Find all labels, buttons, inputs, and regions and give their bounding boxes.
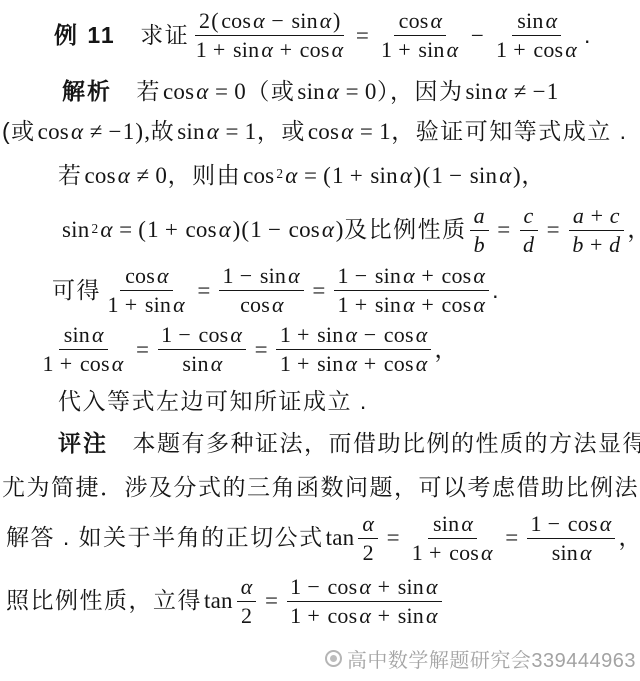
math-expression: sinα=0 [295, 77, 377, 107]
fraction: cosα1+sinα [378, 8, 463, 63]
text-run: ， [434, 335, 459, 365]
fraction-numerator: cosα [394, 8, 447, 36]
fraction-denominator: cosα [235, 291, 288, 318]
math-expression: = [541, 215, 565, 245]
text-line: 照比例性质，立得tanα2=1−cosα+sinα1+cosα+sinα [0, 574, 640, 629]
fraction-denominator: 2 [359, 539, 377, 566]
fraction-denominator: b [470, 231, 489, 258]
section-label: 评注 [58, 429, 108, 459]
fraction: α2 [358, 511, 378, 566]
fraction-denominator: 1+sinα+cosα [276, 350, 431, 377]
math-expression: = [307, 276, 331, 306]
math-expression: = [381, 523, 405, 553]
math-expression: sinα≠−1 [464, 77, 559, 107]
watermark: 高中数学解题研究会339444963 [325, 644, 636, 673]
fraction: sinα1+cosα [408, 511, 497, 566]
fraction-numerator: sinα [428, 511, 477, 539]
fraction: 2(cosα−sinα)1+sinα+cosα [192, 8, 347, 63]
fraction-numerator: α [358, 511, 378, 539]
math-expression: = [350, 21, 374, 51]
math-expression: sin2α=(1+cosα)(1−cosα) [60, 215, 344, 245]
fraction-denominator: b+d [568, 231, 624, 258]
fraction-numerator: sinα [512, 8, 561, 36]
text-run: 若 [112, 77, 161, 107]
fraction-denominator: 2 [237, 602, 255, 629]
fraction: ab [470, 203, 489, 258]
fraction: a+cb+d [568, 203, 624, 258]
fraction-denominator: 1+cosα [493, 36, 582, 63]
text-line: sinα1+cosα=1−cosαsinα=1+sinα−cosα1+sinα+… [0, 322, 640, 377]
math-expression: = [249, 335, 273, 365]
text-run: ，验证可知等式成立 . [391, 117, 627, 147]
fraction-denominator: d [519, 231, 538, 258]
fraction-denominator: 1+sinα [378, 36, 463, 63]
fraction-numerator: cosα [120, 263, 173, 291]
text-run: 代入等式左边可知所证成立 . [58, 387, 368, 417]
fraction-numerator: a+c [569, 203, 624, 231]
section-label: 例 11 [54, 21, 116, 51]
text-line: 代入等式左边可知所证成立 . [0, 387, 640, 417]
fraction-denominator: 1+cosα+sinα [287, 602, 442, 629]
text-run: . [584, 21, 592, 51]
text-run: 求证 [116, 21, 190, 51]
fraction: α2 [237, 574, 257, 629]
text-run: 照比例性质，立得 [6, 586, 202, 616]
math-expression: = [492, 215, 516, 245]
text-line: 解析 若cosα=0（或sinα=0），因为sinα≠−1 [0, 77, 640, 107]
text-line: 评注 本题有多种证法，而借助比例的性质的方法显得 [0, 429, 640, 459]
fraction: cosα1+sinα [104, 263, 189, 318]
fraction: cd [519, 203, 538, 258]
text-line: 若cosα≠0，则由cos2α=(1+sinα)(1−sinα)， [0, 161, 640, 191]
math-expression: cosα≠−1), [36, 117, 151, 147]
fraction-denominator: 1+sinα+cosα [334, 291, 489, 318]
document-page: 例 11 求证2(cosα−sinα)1+sinα+cosα=cosα1+sin… [0, 0, 640, 681]
fraction: sinα1+cosα [493, 8, 582, 63]
math-expression: − [465, 21, 489, 51]
fraction: 1+sinα−cosα1+sinα+cosα [276, 322, 431, 377]
math-expression: sinα=1 [175, 117, 257, 147]
text-run: 解答 . 如关于半角的正切公式 [6, 523, 324, 553]
math-expression: cosα≠0 [83, 161, 168, 191]
section-label: 解析 [62, 77, 112, 107]
text-run: (或 [2, 117, 36, 147]
fraction: 1−sinαcosα [219, 263, 304, 318]
fraction-numerator: 1−sinα [219, 263, 304, 291]
fraction-numerator: α [237, 574, 257, 602]
text-line: 可得cosα1+sinα=1−sinαcosα=1−sinα+cosα1+sin… [0, 263, 640, 318]
text-run: 可得 [52, 276, 101, 306]
fraction: 1−cosα+sinα1+cosα+sinα [287, 574, 442, 629]
text-run: ，按 [618, 523, 640, 553]
fraction-denominator: 1+sinα+cosα [192, 36, 347, 63]
fraction-numerator: 2(cosα−sinα) [195, 8, 344, 36]
text-run: ， [627, 215, 640, 245]
text-run: （或 [246, 77, 295, 107]
fraction-denominator: 1+sinα [104, 291, 189, 318]
math-expression: = [192, 276, 216, 306]
text-run: 若 [58, 161, 83, 191]
text-line: 例 11 求证2(cosα−sinα)1+sinα+cosα=cosα1+sin… [0, 8, 640, 63]
text-run: 本题有多种证法，而借助比例的性质的方法显得 [108, 429, 640, 459]
text-run: 故 [151, 117, 176, 147]
fraction-denominator: sinα [547, 539, 596, 566]
math-expression: cosα=1 [306, 117, 391, 147]
fraction-numerator: 1−cosα [158, 322, 247, 350]
fraction-denominator: 1+cosα [39, 350, 128, 377]
text-run: ），因为 [377, 77, 464, 107]
text-run: ， [521, 161, 546, 191]
text-run: ，或 [257, 117, 306, 147]
fraction: 1−sinα+cosα1+sinα+cosα [334, 263, 489, 318]
text-line: (或cosα≠−1),故sinα=1，或cosα=1，验证可知等式成立 . [0, 117, 640, 147]
fraction: 1−cosαsinα [527, 511, 616, 566]
fraction-numerator: sinα [59, 322, 108, 350]
text-run: 尤为简捷．涉及分式的三角函数问题，可以考虑借助比例法 [2, 473, 639, 503]
fraction-numerator: 1−sinα+cosα [334, 263, 489, 291]
watermark-logo-icon [325, 650, 342, 667]
document-body: 例 11 求证2(cosα−sinα)1+sinα+cosα=cosα1+sin… [0, 0, 640, 629]
math-expression: cosα=0 [161, 77, 246, 107]
fraction-numerator: 1+sinα−cosα [276, 322, 431, 350]
math-expression: cos2α=(1+sinα)(1−sinα) [241, 161, 521, 191]
text-run: ，则由 [168, 161, 242, 191]
math-expression: = [259, 586, 283, 616]
math-expression: = [131, 335, 155, 365]
text-run: . [492, 276, 500, 306]
fraction: 1−cosαsinα [158, 322, 247, 377]
math-expression: tan [202, 586, 234, 616]
math-expression: tan [324, 523, 356, 553]
fraction-numerator: 1−cosα [527, 511, 616, 539]
math-expression: = [500, 523, 524, 553]
fraction-numerator: c [520, 203, 538, 231]
fraction: sinα1+cosα [39, 322, 128, 377]
fraction-denominator: 1+cosα [408, 539, 497, 566]
watermark-text: 高中数学解题研究会339444963 [347, 644, 636, 673]
text-line: sin2α=(1+cosα)(1−cosα) 及比例性质ab=cd=a+cb+d… [0, 203, 640, 258]
fraction-denominator: sinα [177, 350, 226, 377]
text-run: 及比例性质 [344, 215, 467, 245]
text-line: 解答 . 如关于半角的正切公式tanα2=sinα1+cosα=1−cosαsi… [0, 511, 640, 566]
text-line: 尤为简捷．涉及分式的三角函数问题，可以考虑借助比例法 [0, 473, 640, 503]
fraction-numerator: a [470, 203, 489, 231]
fraction-numerator: 1−cosα+sinα [287, 574, 442, 602]
